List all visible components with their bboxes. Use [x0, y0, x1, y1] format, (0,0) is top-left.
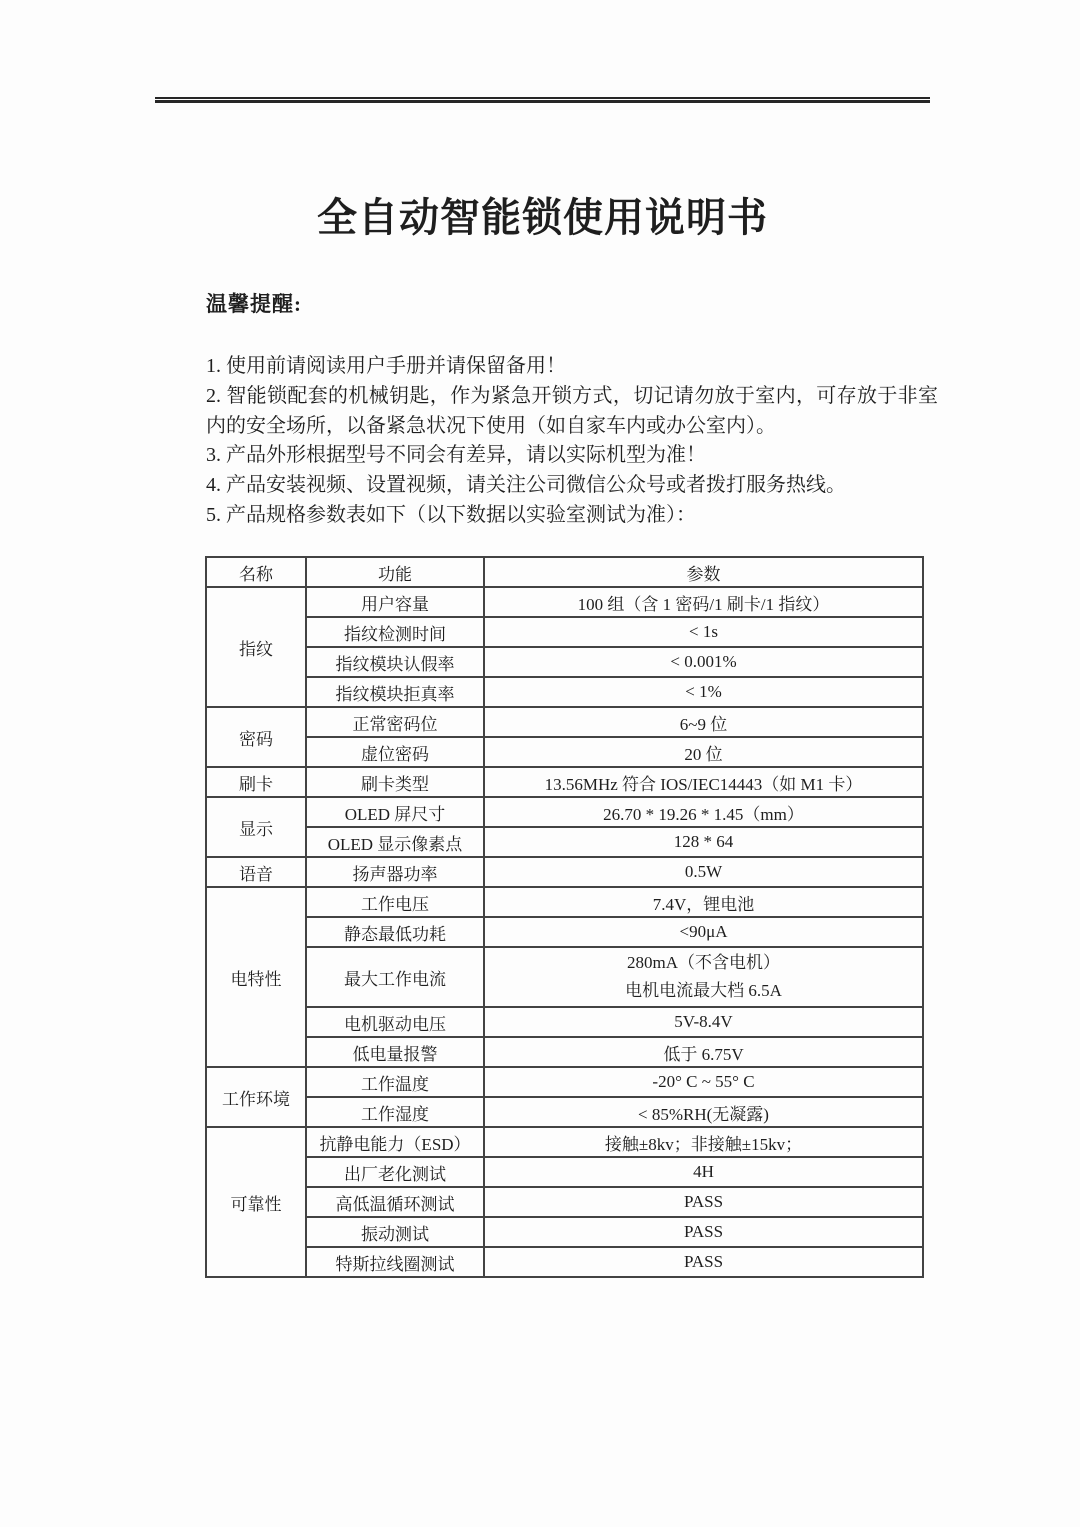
function-cell: 指纹模块拒真率 [306, 677, 484, 707]
table-row: 电机驱动电压 5V-8.4V [206, 1007, 923, 1037]
function-cell: 电机驱动电压 [306, 1007, 484, 1037]
table-row: 显示 OLED 屏尺寸 26.70 * 19.26 * 1.45（mm） [206, 797, 923, 827]
note-item: 3. 产品外形根据型号不同会有差异，请以实际机型为准！ [206, 441, 938, 471]
table-row: 可靠性 抗静电能力（ESD） 接触±8kv；非接触±15kv； [206, 1127, 923, 1157]
function-cell: 工作湿度 [306, 1097, 484, 1127]
function-cell: 刷卡类型 [306, 767, 484, 797]
spec-table: 名称 功能 参数 指纹 用户容量 100 组（含 1 密码/1 刷卡/1 指纹）… [205, 556, 924, 1278]
param-line: 电机电流最大档 6.5A [487, 977, 920, 1005]
function-cell: OLED 屏尺寸 [306, 797, 484, 827]
table-row: 高低温循环测试 PASS [206, 1187, 923, 1217]
note-item: 2. 智能锁配套的机械钥匙，作为紧急开锁方式，切记请勿放于室内，可存放于非室内的… [206, 382, 938, 442]
group-name-cell: 电特性 [206, 887, 306, 1067]
table-row: 指纹 用户容量 100 组（含 1 密码/1 刷卡/1 指纹） [206, 587, 923, 617]
table-row: 语音 扬声器功率 0.5W [206, 857, 923, 887]
function-cell: 虚位密码 [306, 737, 484, 767]
param-cell: PASS [484, 1247, 923, 1277]
page-background: 全自动智能锁使用说明书 温馨提醒: 1. 使用前请阅读用户手册并请保留备用！ 2… [0, 0, 1080, 1527]
note-item: 5. 产品规格参数表如下（以下数据以实验室测试为准）： [206, 501, 938, 531]
table-header-row: 名称 功能 参数 [206, 557, 923, 587]
note-item: 1. 使用前请阅读用户手册并请保留备用！ [206, 352, 938, 382]
group-name-cell: 可靠性 [206, 1127, 306, 1277]
function-cell: 工作电压 [306, 887, 484, 917]
table-row: 低电量报警 低于 6.75V [206, 1037, 923, 1067]
param-cell: 100 组（含 1 密码/1 刷卡/1 指纹） [484, 587, 923, 617]
table-row: 特斯拉线圈测试 PASS [206, 1247, 923, 1277]
param-line: 280mA（不含电机） [487, 949, 920, 977]
group-name-cell: 语音 [206, 857, 306, 887]
table-row: 振动测试 PASS [206, 1217, 923, 1247]
table-row: 电特性 工作电压 7.4V，锂电池 [206, 887, 923, 917]
function-cell: 低电量报警 [306, 1037, 484, 1067]
param-cell: 0.5W [484, 857, 923, 887]
table-row: 指纹检测时间 < 1s [206, 617, 923, 647]
param-cell: 20 位 [484, 737, 923, 767]
param-cell: 接触±8kv；非接触±15kv； [484, 1127, 923, 1157]
header-name: 名称 [206, 557, 306, 587]
header-param: 参数 [484, 557, 923, 587]
function-cell: 振动测试 [306, 1217, 484, 1247]
function-cell: 特斯拉线圈测试 [306, 1247, 484, 1277]
param-cell: 26.70 * 19.26 * 1.45（mm） [484, 797, 923, 827]
param-cell: 低于 6.75V [484, 1037, 923, 1067]
reminder-heading: 温馨提醒: [206, 288, 302, 318]
function-cell: 出厂老化测试 [306, 1157, 484, 1187]
param-cell: 5V-8.4V [484, 1007, 923, 1037]
table-row: 静态最低功耗 <90μA [206, 917, 923, 947]
function-cell: 最大工作电流 [306, 947, 484, 1007]
table-row: 工作环境 工作温度 -20° C ~ 55° C [206, 1067, 923, 1097]
table-row: 指纹模块拒真率 < 1% [206, 677, 923, 707]
function-cell: 工作温度 [306, 1067, 484, 1097]
table-row: 最大工作电流 280mA（不含电机） 电机电流最大档 6.5A [206, 947, 923, 1007]
function-cell: 扬声器功率 [306, 857, 484, 887]
group-name-cell: 工作环境 [206, 1067, 306, 1127]
function-cell: OLED 显示像素点 [306, 827, 484, 857]
function-cell: 高低温循环测试 [306, 1187, 484, 1217]
table-row: OLED 显示像素点 128 * 64 [206, 827, 923, 857]
function-cell: 抗静电能力（ESD） [306, 1127, 484, 1157]
param-cell: 7.4V，锂电池 [484, 887, 923, 917]
manual-page: { "page": { "title": "全自动智能锁使用说明书", "rem… [0, 0, 1080, 1527]
function-cell: 正常密码位 [306, 707, 484, 737]
page-title: 全自动智能锁使用说明书 [155, 186, 930, 243]
group-name-cell: 密码 [206, 707, 306, 767]
param-cell: < 85%RH(无凝露) [484, 1097, 923, 1127]
header-rule [155, 97, 930, 103]
note-item: 4. 产品安装视频、设置视频，请关注公司微信公众号或者拨打服务热线。 [206, 471, 938, 501]
param-cell: < 1% [484, 677, 923, 707]
param-cell: 13.56MHz 符合 IOS/IEC14443（如 M1 卡） [484, 767, 923, 797]
param-cell: 6~9 位 [484, 707, 923, 737]
param-cell: 4H [484, 1157, 923, 1187]
spec-table-container: 名称 功能 参数 指纹 用户容量 100 组（含 1 密码/1 刷卡/1 指纹）… [205, 556, 924, 1278]
param-cell: PASS [484, 1217, 923, 1247]
group-name-cell: 指纹 [206, 587, 306, 707]
function-cell: 用户容量 [306, 587, 484, 617]
param-cell: PASS [484, 1187, 923, 1217]
param-cell: <90μA [484, 917, 923, 947]
table-row: 工作湿度 < 85%RH(无凝露) [206, 1097, 923, 1127]
table-row: 刷卡 刷卡类型 13.56MHz 符合 IOS/IEC14443（如 M1 卡） [206, 767, 923, 797]
function-cell: 指纹检测时间 [306, 617, 484, 647]
notes-list: 1. 使用前请阅读用户手册并请保留备用！ 2. 智能锁配套的机械钥匙，作为紧急开… [206, 352, 938, 531]
param-cell: < 0.001% [484, 647, 923, 677]
param-cell: 128 * 64 [484, 827, 923, 857]
header-function: 功能 [306, 557, 484, 587]
param-cell: < 1s [484, 617, 923, 647]
function-cell: 指纹模块认假率 [306, 647, 484, 677]
param-cell: 280mA（不含电机） 电机电流最大档 6.5A [484, 947, 923, 1007]
table-row: 虚位密码 20 位 [206, 737, 923, 767]
table-row: 密码 正常密码位 6~9 位 [206, 707, 923, 737]
function-cell: 静态最低功耗 [306, 917, 484, 947]
param-cell: -20° C ~ 55° C [484, 1067, 923, 1097]
table-row: 指纹模块认假率 < 0.001% [206, 647, 923, 677]
group-name-cell: 显示 [206, 797, 306, 857]
group-name-cell: 刷卡 [206, 767, 306, 797]
table-row: 出厂老化测试 4H [206, 1157, 923, 1187]
